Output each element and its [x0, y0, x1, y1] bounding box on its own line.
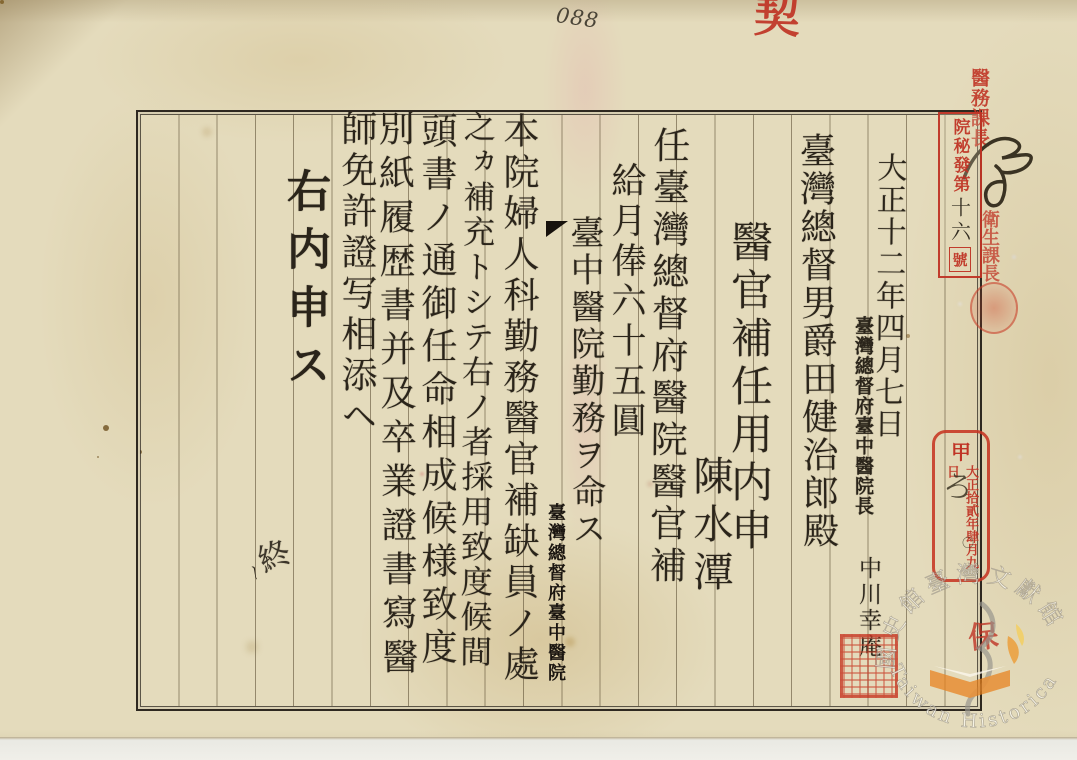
receipt-handwritten-dot: 〇: [962, 534, 974, 551]
document-title: 醫官補任用内申: [728, 220, 770, 556]
fold-corner-mark: [546, 221, 568, 237]
document-number-value: 十六: [946, 197, 975, 245]
body-line-2: 之ヵ補充トシテ右ノ者採用致度候間: [458, 110, 494, 670]
body-line-4: 別紙履歴書并及卒業證書寫醫: [375, 110, 415, 682]
document-number-prefix: 院秘發第: [948, 118, 973, 194]
archive-watermark: 國史館臺灣文獻館 Taiwan Historica: [870, 552, 1077, 760]
document-date: 大正十二年四月七日: [870, 152, 903, 440]
top-edge-stamp: 契: [748, 0, 810, 44]
body-line-1: 本院婦人科勤務醫官補缺員ノ處: [500, 112, 536, 686]
printed-colophon: 臺灣總督府臺中醫院: [546, 503, 564, 683]
foxing-spots: [0, 0, 4, 4]
subject-name: 陳水潭: [690, 455, 730, 599]
appointment-line-2: 給月俸六十五圓: [608, 162, 643, 442]
sender-title: 臺灣總督府臺中醫院長: [853, 316, 872, 516]
appointment-line-1: 任臺灣總督府醫院醫官補: [646, 126, 687, 588]
watermark-logo: [930, 604, 1024, 714]
body-line-6: 右内申ス: [282, 168, 326, 400]
body-line-5: 師免許證写相添ヘ: [338, 110, 374, 438]
appointment-line-3: 臺中醫院勤務ヲ命ス: [567, 215, 603, 548]
hygiene-chief-round-seal: [970, 282, 1018, 334]
hygiene-chief-stamp: 衛生課長: [976, 210, 1002, 282]
body-line-3: 頭書ノ通御任命相成候様致度: [418, 112, 454, 671]
page-number: 088: [555, 3, 601, 33]
watermark-top-text: 國史館臺灣文獻館: [873, 561, 1070, 671]
document-number-suffix: 號: [949, 247, 970, 272]
addressee-line: 臺灣總督男爵田健治郎殿: [796, 132, 836, 550]
svg-text:國史館臺灣文獻館: 國史館臺灣文獻館: [873, 561, 1070, 671]
